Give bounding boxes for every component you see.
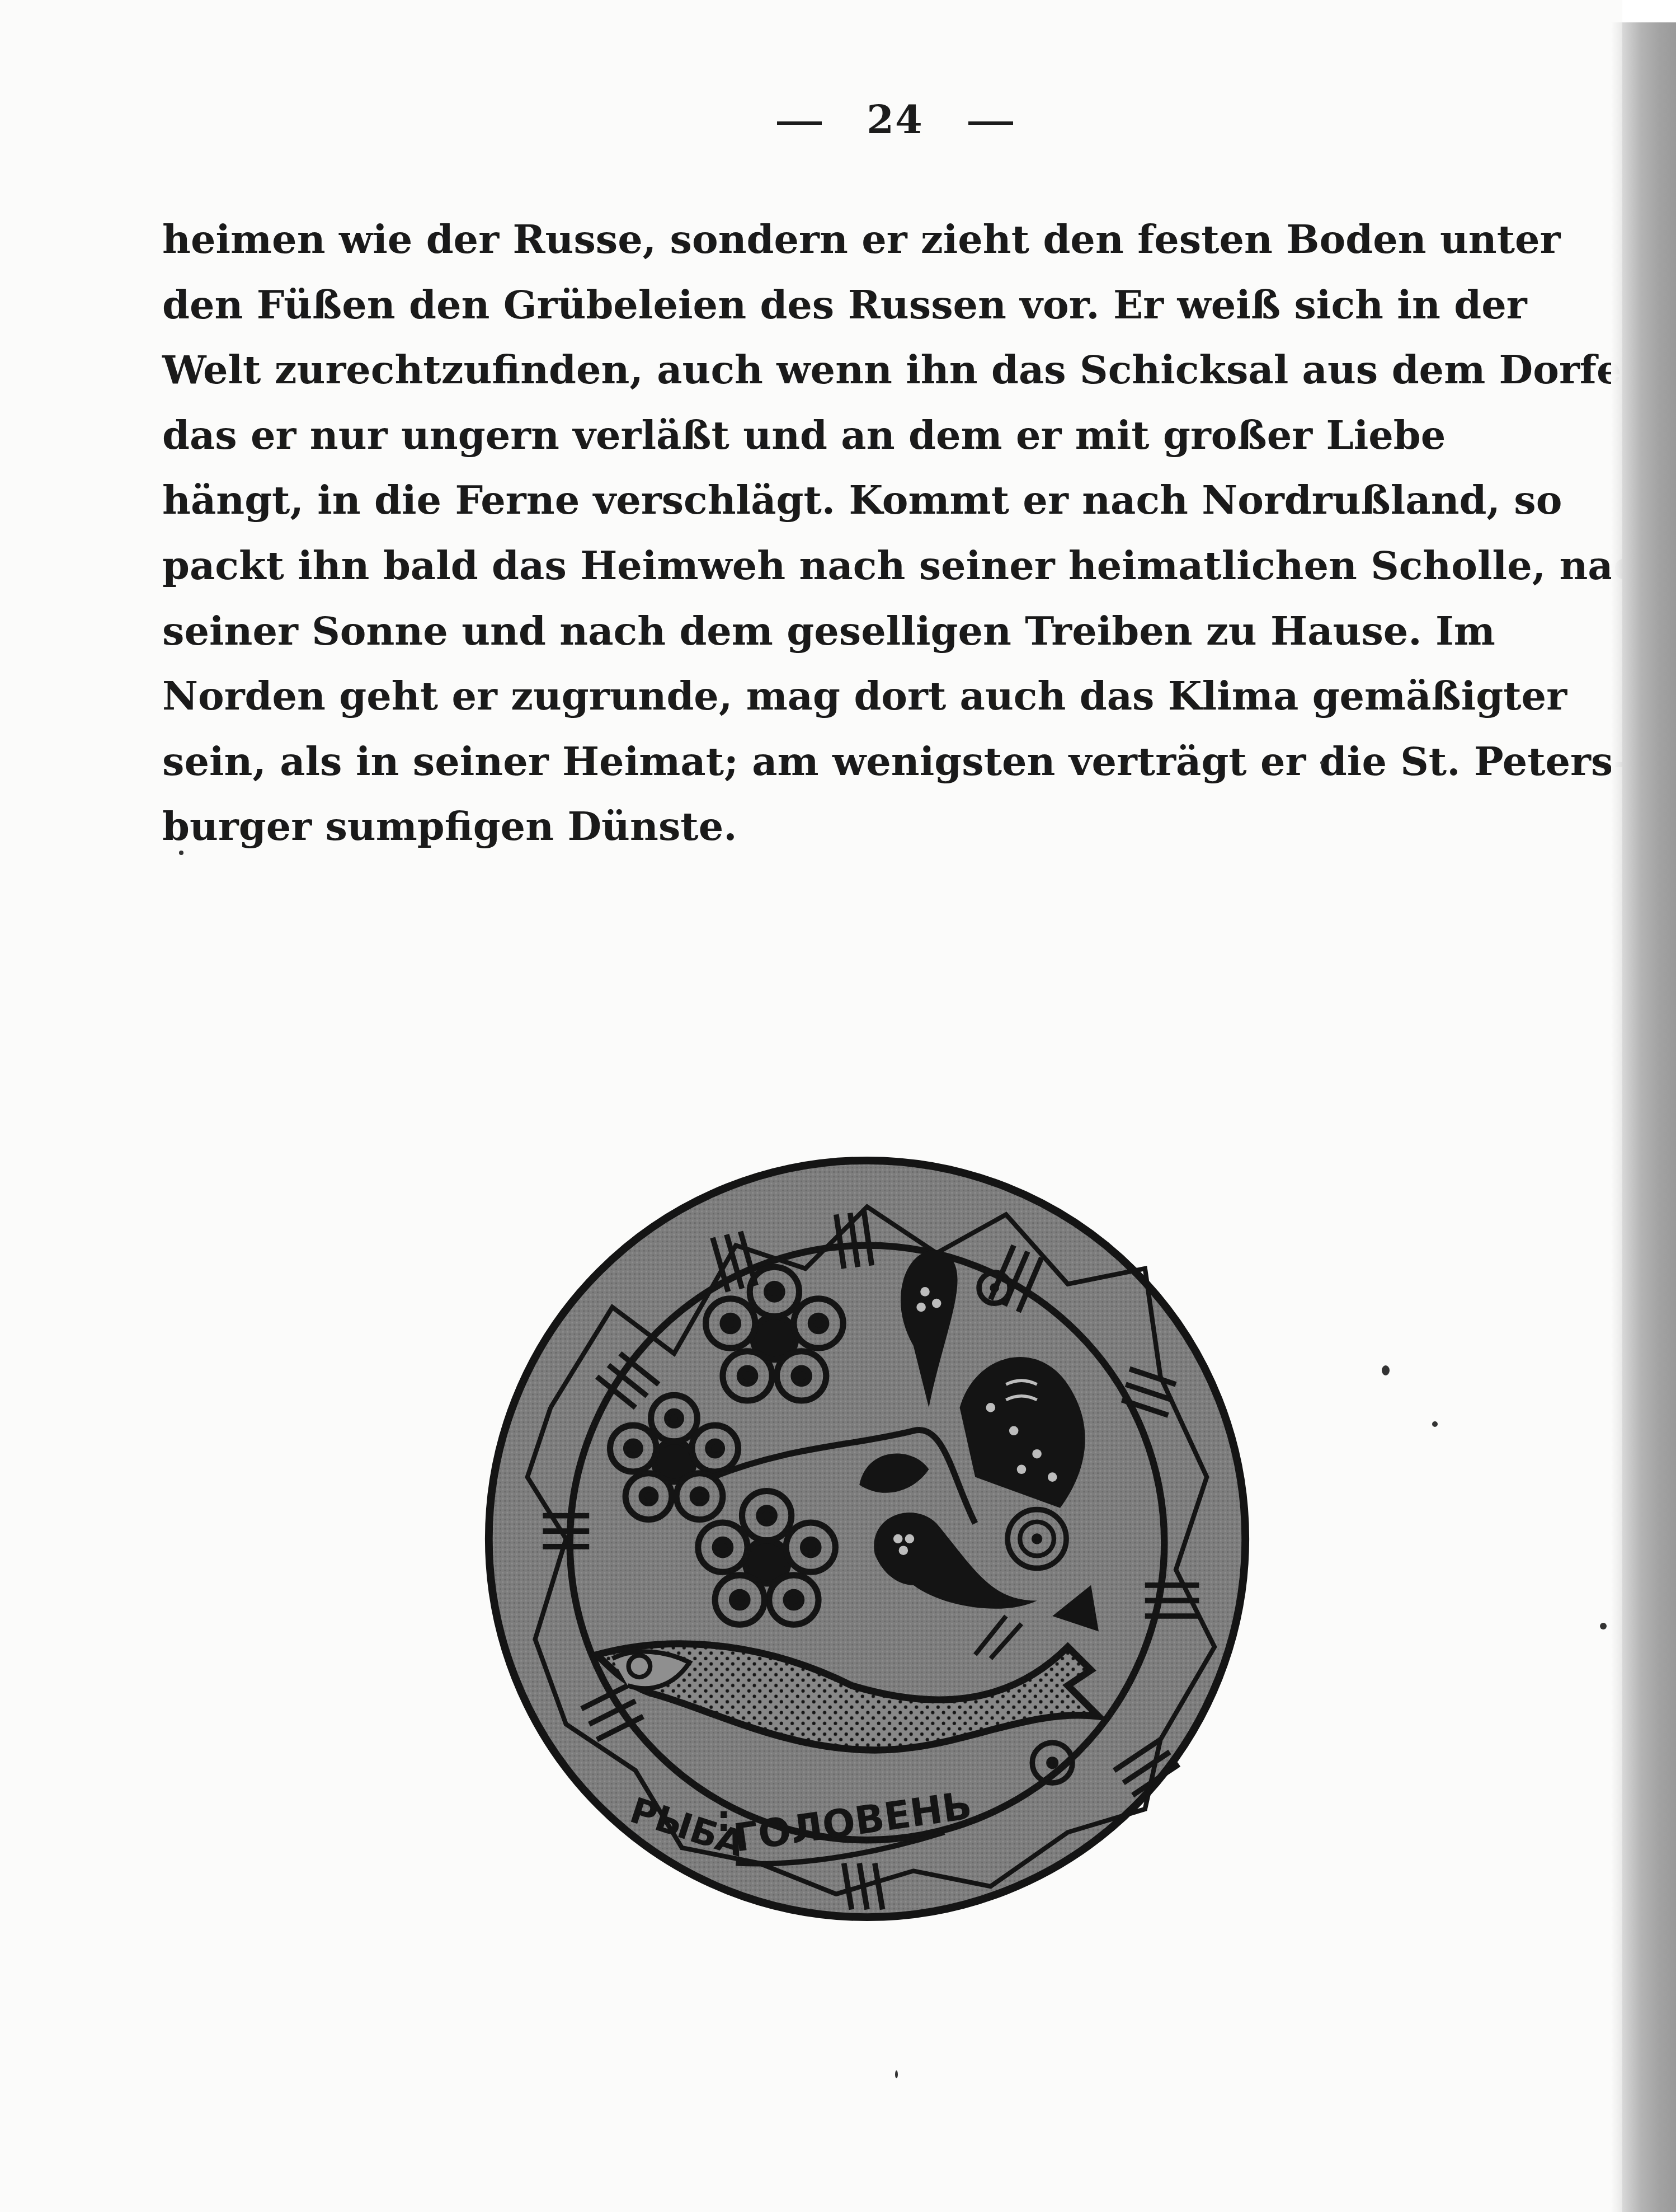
- text-line: den Füßen den Grübeleien des Russen vor.…: [162, 273, 1354, 338]
- scan-speck: [179, 851, 183, 855]
- scan-speck: [1320, 761, 1324, 764]
- scan-speck: [1432, 1421, 1438, 1427]
- body-paragraph: heimen wie der Russe, sondern er zieht d…: [162, 207, 1354, 860]
- page-number: 24: [867, 96, 923, 143]
- text-line: hängt, in die Ferne verschlägt. Kommt er…: [162, 468, 1354, 533]
- text-line: Welt zurechtzufinden, auch wenn ihn das …: [162, 337, 1354, 403]
- plate-illustration: РЫБА : ГОЛОВЕНЬ: [481, 1153, 1253, 1925]
- dash-right: [968, 121, 1013, 125]
- scan-speck: [895, 2070, 898, 2078]
- text-line: sein, als in seiner Heimat; am wenigsten…: [162, 729, 1354, 795]
- dash-left: [777, 121, 822, 125]
- text-line: seiner Sonne und nach dem geselligen Tre…: [162, 599, 1354, 664]
- text-line: das er nur ungern verläßt und an dem er …: [162, 403, 1354, 468]
- inscription-separator: :: [717, 1798, 731, 1839]
- text-line: Norden geht er zugrunde, mag dort auch d…: [162, 664, 1354, 729]
- scan-speck: [1382, 1365, 1390, 1375]
- text-line: burger sumpfigen Dünste.: [162, 794, 1354, 860]
- plate-drawing: РЫБА : ГОЛОВЕНЬ: [481, 1153, 1253, 1925]
- book-page: 24 heimen wie der Russe, sondern er zieh…: [0, 0, 1622, 2212]
- scan-speck: [1600, 1623, 1607, 1629]
- text-line: heimen wie der Russe, sondern er zieht d…: [162, 207, 1354, 273]
- text-line: packt ihn bald das Heimweh nach seiner h…: [162, 533, 1354, 599]
- page-number-header: 24: [0, 96, 1676, 143]
- binding-shadow: [1622, 22, 1676, 2212]
